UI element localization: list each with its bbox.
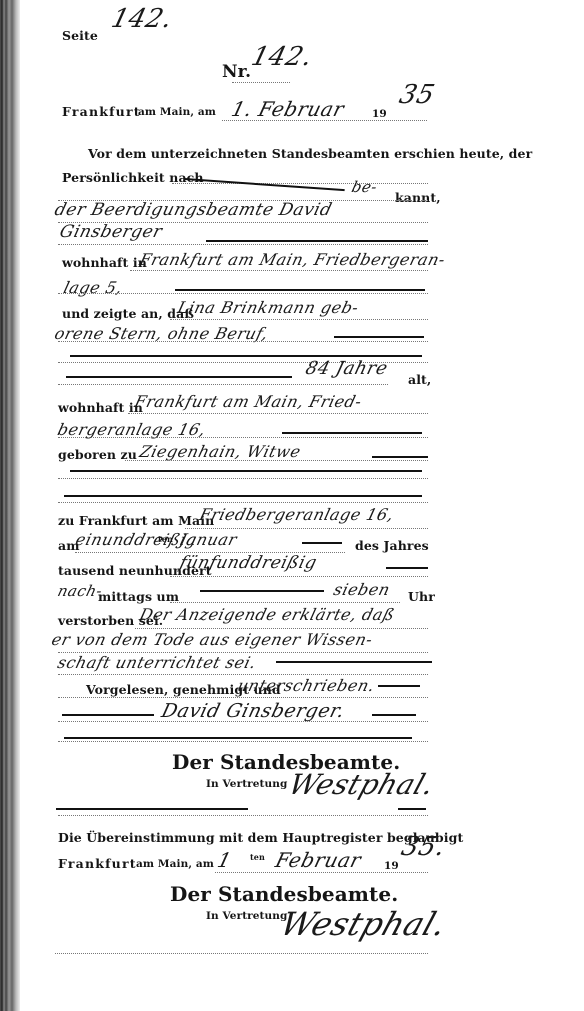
year-value: fünfunddreißig	[178, 553, 319, 573]
cert-day: 1	[215, 848, 234, 872]
cert-day-suffix: ten	[250, 852, 265, 862]
place-suffix: am Main, am	[138, 106, 216, 118]
year-prefix: 19	[372, 108, 387, 120]
page-number: 142.	[108, 4, 175, 34]
hour-label: Uhr	[408, 589, 435, 604]
note-line-2: er von dem Tode aus eigener Wissen-	[50, 630, 375, 649]
official-signature: Westphal.	[285, 768, 439, 801]
note-line-1: Der Anzeigende erklärte, daß	[138, 605, 397, 624]
residence-line-1: Frankfurt am Main, Friedbergeran-	[138, 250, 448, 269]
age-value: 84 Jahre	[303, 358, 390, 379]
place-prefix: Frankfurt	[62, 104, 141, 119]
cert-deputy-label: In Vertretung	[206, 910, 287, 922]
informant-line-2: Ginsberger	[58, 222, 165, 242]
read-value: unterschrieben.	[236, 676, 377, 695]
cert-official-signature: Westphal.	[276, 905, 452, 943]
record-number: 142.	[248, 42, 315, 72]
book-binding-edge	[0, 0, 20, 1011]
record-date: 1. Februar	[229, 97, 347, 121]
residence-line-2: lage 5,	[62, 278, 125, 297]
death-place-label: zu Frankfurt am Main	[58, 513, 214, 528]
residence-label: wohnhaft in	[62, 255, 147, 270]
cert-place-suffix: am Main, am	[136, 858, 214, 870]
day-suffix: ten	[158, 534, 173, 544]
cert-official-title: Der Standesbeamte.	[170, 882, 398, 906]
informant-line-1: der Beerdigungsbeamte David	[53, 200, 335, 220]
time-label: mittags um	[98, 589, 179, 604]
cert-month: Februar	[273, 848, 364, 872]
month-value: Januar	[178, 530, 239, 549]
deputy-label: In Vertretung	[206, 778, 287, 790]
cert-place-prefix: Frankfurt	[58, 856, 137, 871]
deceased-line-1: Lina Brinkmann geb-	[176, 298, 361, 317]
number-label: Nr.	[222, 62, 251, 82]
page-label: Seite	[62, 28, 98, 43]
year-label: des Jahres	[355, 538, 429, 553]
cert-year: 35.	[398, 832, 448, 862]
born-value: Ziegenhain, Witwe	[138, 442, 303, 461]
identity-suffix: kannt,	[395, 190, 441, 205]
informant-signature: David Ginsberger.	[159, 700, 347, 722]
note-line-3: schaft unterrichtet sei.	[56, 653, 259, 672]
identity-value: be-	[350, 178, 380, 196]
death-place-value: Friedbergeranlage 16,	[198, 505, 396, 524]
cert-year-prefix: 19	[384, 860, 399, 872]
record-year: 35	[396, 80, 438, 110]
deceased-residence-line-1: Frankfurt am Main, Fried-	[133, 392, 364, 411]
hour-value: sieben	[332, 580, 393, 599]
intro-text: Vor dem unterzeichneten Standesbeamten e…	[88, 146, 532, 161]
age-label: alt,	[408, 372, 431, 387]
